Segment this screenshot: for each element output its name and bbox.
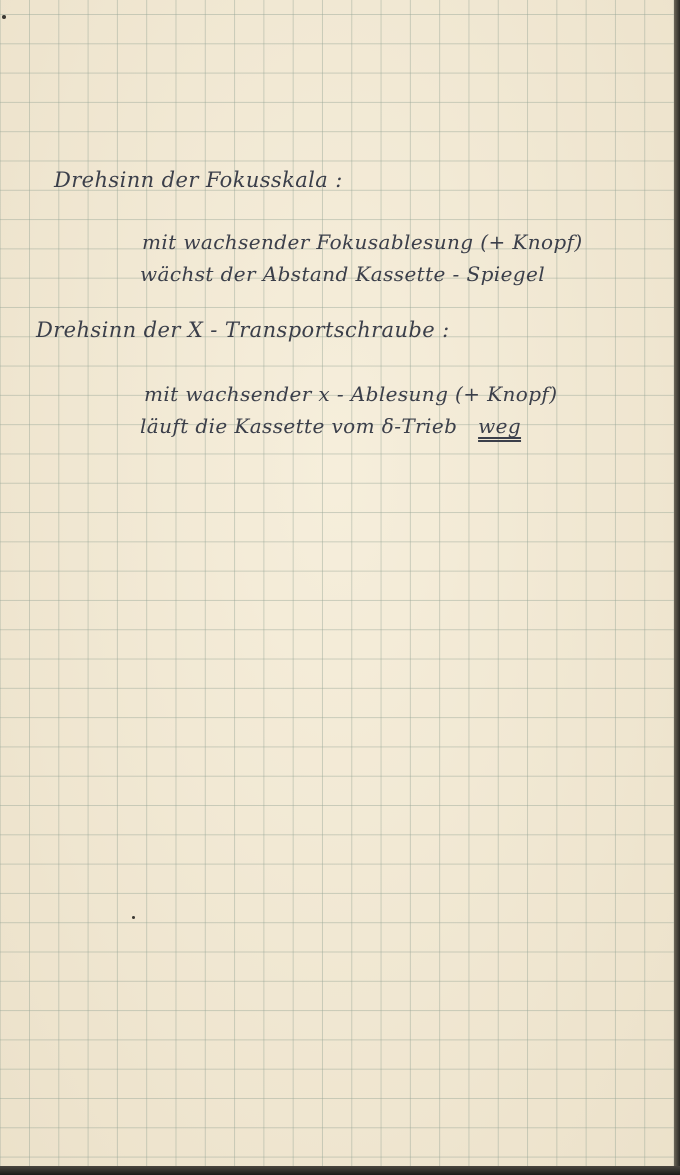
- graph-paper-page: Drehsinn der Fokusskala : mit wachsender…: [0, 0, 674, 1166]
- section-2-line-2: läuft die Kassette vom δ-Trieb weg: [140, 414, 521, 438]
- section-1-line-1: mit wachsender Fokusablesung (+ Knopf): [142, 230, 583, 254]
- section-1-heading: Drehsinn der Fokusskala :: [54, 168, 343, 192]
- section-2-line-1: mit wachsender x - Ablesung (+ Knopf): [144, 382, 557, 406]
- paper-speck: [132, 916, 135, 919]
- section-2-heading: Drehsinn der X - Transportschraube :: [36, 318, 450, 342]
- section-2-line-2-text: läuft die Kassette vom δ-Trieb: [140, 414, 457, 438]
- paper-speck: [2, 15, 6, 19]
- page-edge-right: [674, 0, 680, 1175]
- page-edge-bottom: [0, 1166, 680, 1175]
- section-1-line-2: wächst der Abstand Kassette - Spiegel: [140, 262, 545, 286]
- emphasis-word: weg: [478, 414, 521, 438]
